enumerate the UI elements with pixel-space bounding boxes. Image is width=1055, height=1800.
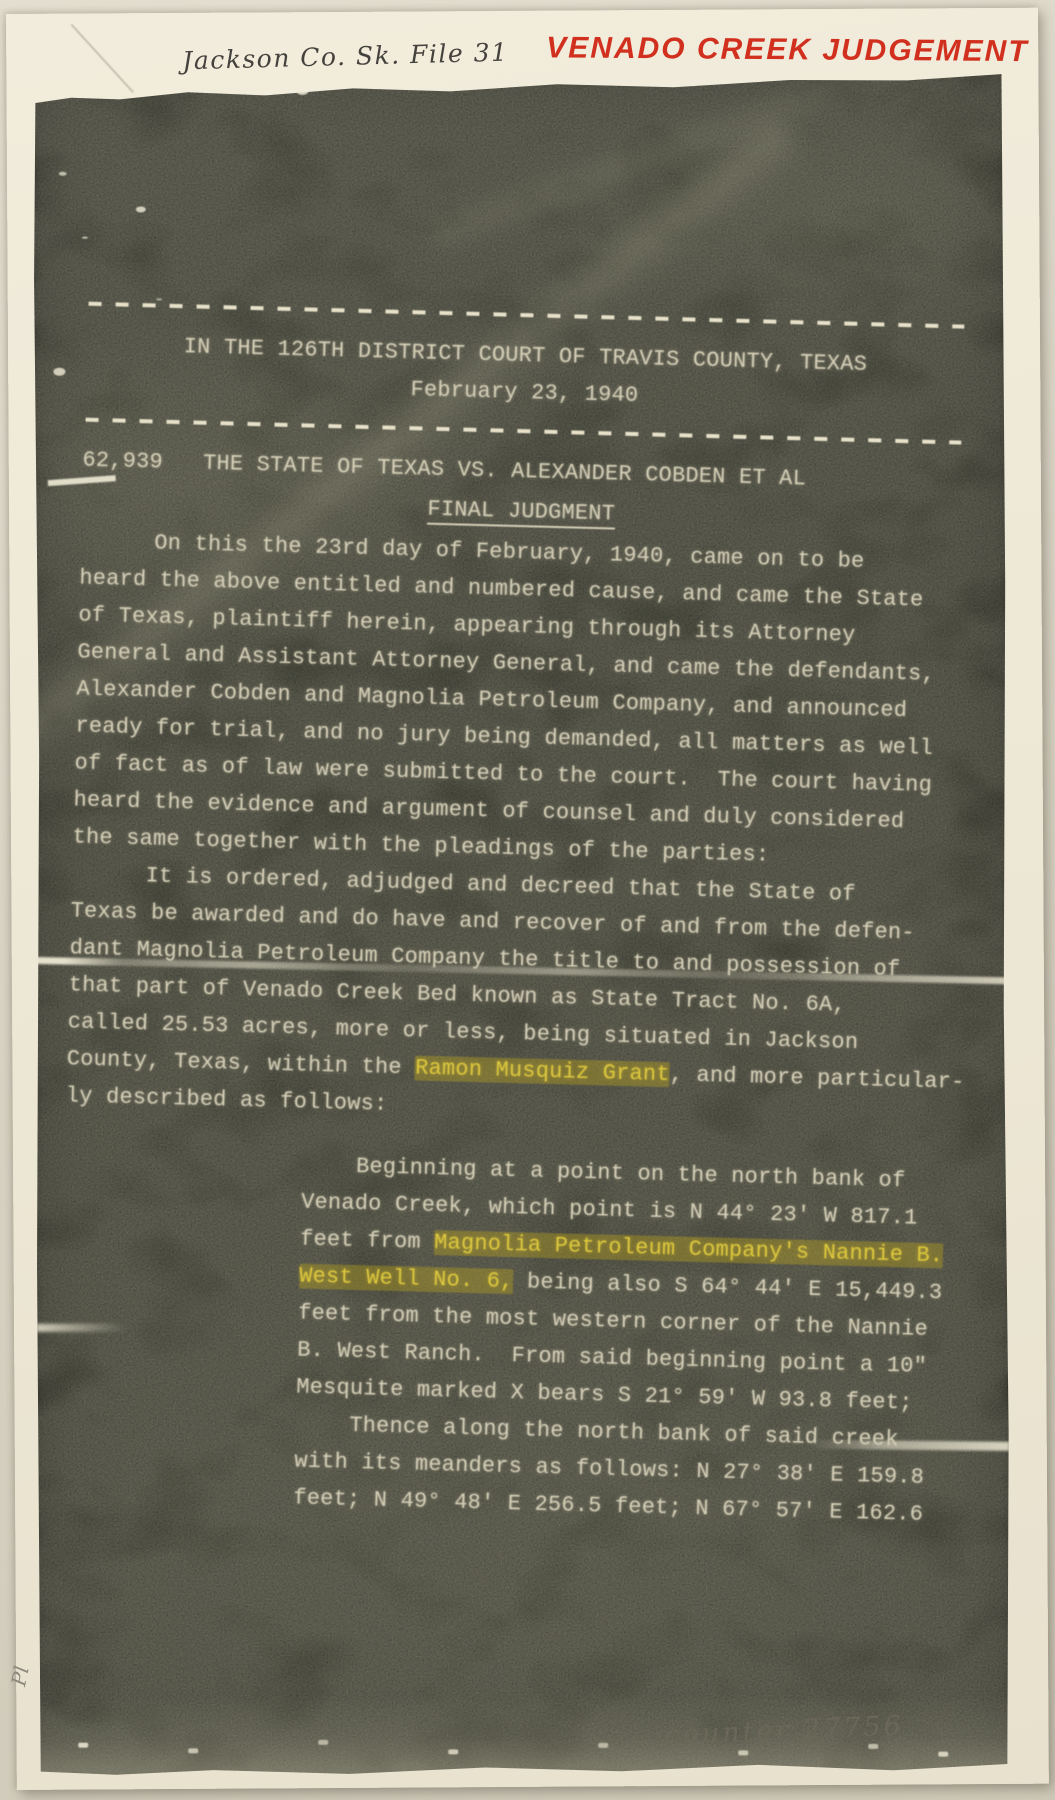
pencil-annotation-left-margin: Pl [6,1664,34,1688]
typed-segment: , and more particular- [669,1062,964,1095]
typed-segment: County, Texas, within the [66,1046,415,1080]
corner-fold-crease [71,24,134,93]
highlighted-text: West Well No. 6, [299,1264,514,1295]
typed-segment: feet from [300,1227,435,1255]
highlighted-text: Ramon Musquiz Grant [415,1056,670,1088]
typed-segment: being also S 64° 44' E 15,449.3 [513,1269,942,1305]
dashed-rule [89,302,965,329]
emulsion-specks [78,1743,88,1748]
paper-sheet: Jackson Co. Sk. File 31 VENADO CREEK JUD… [6,8,1049,1790]
typed-segment: FINAL JUDGMENT [427,497,615,530]
photostat-print: IN THE 126TH DISTRICT COURT OF TRAVIS CO… [32,72,1010,1775]
pencil-annotation-top: Jackson Co. Sk. File 31 [182,38,509,76]
typed-text: IN THE 126TH DISTRICT COURT OF TRAVIS CO… [55,284,967,1534]
typed-segment: February 23, 1940 [410,377,638,408]
typed-segment: ly described as follows: [66,1083,388,1116]
photo-backing: Jackson Co. Sk. File 31 VENADO CREEK JUD… [0,0,1055,1800]
red-marker-annotation: VENADO CREEK JUDGEMENT [546,31,1029,69]
dashed-rule [85,418,961,445]
